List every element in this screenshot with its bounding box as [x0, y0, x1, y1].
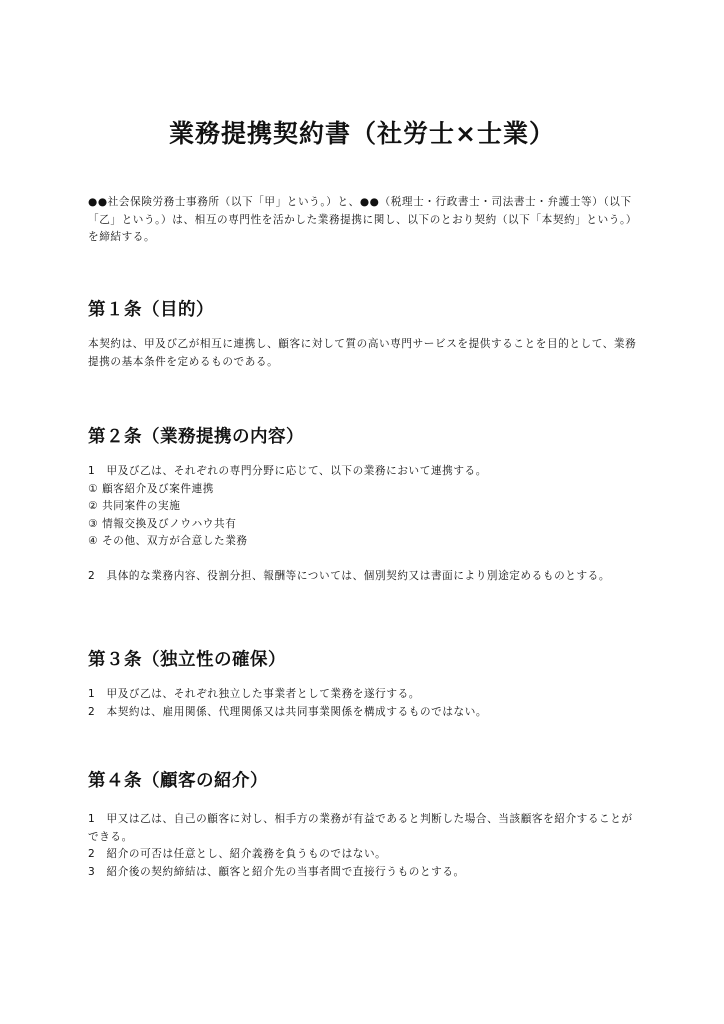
article-2-item-3: ③ 情報交換及びノウハウ共有 [88, 516, 643, 534]
article-2-body: 1 甲及び乙は、それぞれの専門分野に応じて、以下の業務において連携する。 ① 顧… [88, 463, 643, 586]
article-4-heading: 第４条（顧客の紹介） [88, 769, 268, 793]
article-3-clause-2: 2 本契約は、雇用関係、代理関係又は共同事業関係を構成するものではない。 [88, 704, 643, 722]
preamble: ●●社会保険労務士事務所（以下「甲」という。）と、●●（税理士・行政書士・司法書… [88, 194, 643, 247]
article-2-item-1: ① 顧客紹介及び案件連携 [88, 481, 643, 499]
spacer [88, 551, 643, 569]
article-2-clause-2: 2 具体的な業務内容、役割分担、報酬等については、個別契約又は書面により別途定め… [88, 568, 643, 586]
article-3-heading: 第３条（独立性の確保） [88, 648, 286, 672]
article-4-clause-1: 1 甲又は乙は、自己の顧客に対し、相手方の業務が有益であると判断した場合、当該顧… [88, 811, 643, 846]
preamble-text: ●●社会保険労務士事務所（以下「甲」という。）と、●●（税理士・行政書士・司法書… [88, 194, 643, 247]
article-2-clause-1: 1 甲及び乙は、それぞれの専門分野に応じて、以下の業務において連携する。 [88, 463, 643, 481]
article-4-clause-2: 2 紹介の可否は任意とし、紹介義務を負うものではない。 [88, 846, 643, 864]
article-1-paragraph-1: 本契約は、甲及び乙が相互に連携し、顧客に対して質の高い専門サービスを提供すること… [88, 336, 643, 371]
article-4-clause-3: 3 紹介後の契約締結は、顧客と紹介先の当事者間で直接行うものとする。 [88, 864, 643, 882]
article-3-body: 1 甲及び乙は、それぞれ独立した事業者として業務を遂行する。 2 本契約は、雇用… [88, 686, 643, 721]
article-3-clause-1: 1 甲及び乙は、それぞれ独立した事業者として業務を遂行する。 [88, 686, 643, 704]
article-1-heading: 第１条（目的） [88, 298, 214, 322]
article-4-body: 1 甲又は乙は、自己の顧客に対し、相手方の業務が有益であると判断した場合、当該顧… [88, 811, 643, 881]
article-2-item-4: ④ その他、双方が合意した業務 [88, 533, 643, 551]
article-2-item-2: ② 共同案件の実施 [88, 498, 643, 516]
document-page: 業務提携契約書（社労士×士業） ●●社会保険労務士事務所（以下「甲」という。）と… [0, 0, 724, 1024]
document-title: 業務提携契約書（社労士×士業） [0, 117, 724, 151]
article-2-heading: 第２条（業務提携の内容） [88, 425, 304, 449]
article-1-body: 本契約は、甲及び乙が相互に連携し、顧客に対して質の高い専門サービスを提供すること… [88, 336, 643, 371]
